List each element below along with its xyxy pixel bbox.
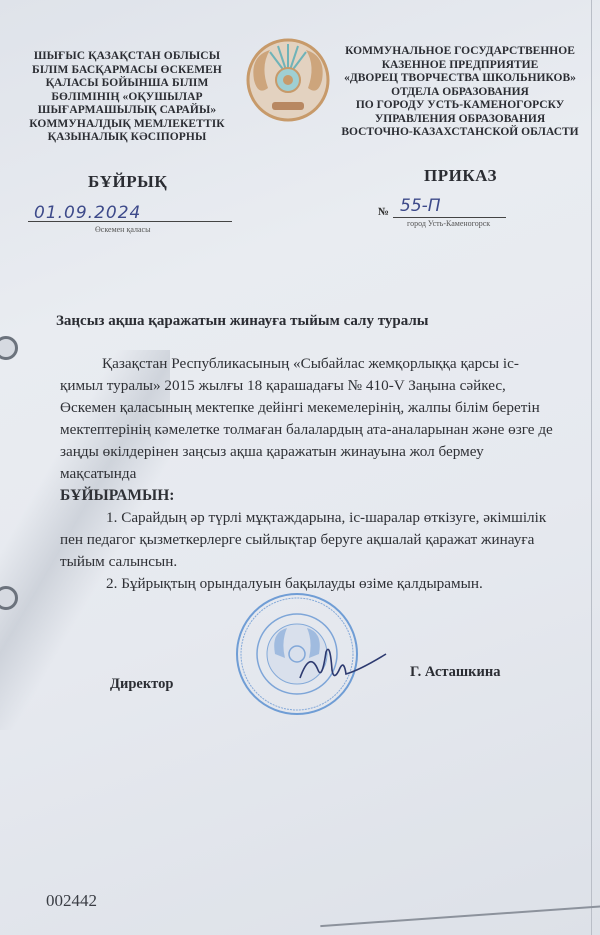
- handwritten-number: 55-П: [400, 196, 441, 216]
- title-ru: ПРИКАЗ: [424, 166, 497, 186]
- page-curl: [320, 905, 600, 927]
- header-line: БІЛІМ БАСҚАРМАСЫ ӨСКЕМЕН: [22, 64, 232, 78]
- header-line: ПО ГОРОДУ УСТЬ-КАМЕНОГОРСКУ: [340, 99, 580, 113]
- header-line: ШЫҒАРМАШЫЛЫҚ САРАЙЫ»: [22, 104, 232, 118]
- signatory-title: Директор: [110, 676, 173, 693]
- city-ru: город Усть-Каменогорск: [407, 219, 490, 228]
- header-line: ОТДЕЛА ОБРАЗОВАНИЯ: [340, 86, 580, 100]
- header-line: УПРАВЛЕНИЯ ОБРАЗОВАНИЯ: [340, 113, 580, 127]
- handwritten-date: 01.09.2024: [34, 203, 141, 223]
- signature-icon: [290, 640, 390, 685]
- header-left-kz: ШЫҒЫС ҚАЗАҚСТАН ОБЛЫСЫ БІЛІМ БАСҚАРМАСЫ …: [22, 50, 232, 145]
- header-line: КОММУНАЛДЫҚ МЕМЛЕКЕТТІК: [22, 118, 232, 132]
- order-word: БҰЙЫРАМЫН:: [60, 485, 560, 507]
- order-item: 1. Сарайдың әр түрлі мұқтаждарына, іс-ша…: [60, 507, 560, 573]
- header-right-ru: КОММУНАЛЬНОЕ ГОСУДАРСТВЕННОЕ КАЗЕННОЕ ПР…: [340, 45, 580, 140]
- number-sign: №: [378, 206, 389, 218]
- header-line: ШЫҒЫС ҚАЗАҚСТАН ОБЛЫСЫ: [22, 50, 232, 64]
- header-line: БӨЛІМІНІҢ «ОҚУШЫЛАР: [22, 91, 232, 105]
- page-edge: [591, 0, 592, 935]
- header-line: КАЗЕННОЕ ПРЕДПРИЯТИЕ: [340, 59, 580, 73]
- signatory-name: Г. Асташкина: [410, 664, 501, 681]
- header-line: ҚАЛАСЫ БОЙЫНША БІЛІМ: [22, 77, 232, 91]
- state-emblem-icon: [240, 36, 336, 124]
- date-underline: [28, 221, 232, 222]
- order-body: Қазақстан Республикасының «Сыбайлас жемқ…: [60, 353, 560, 595]
- preamble: Қазақстан Республикасының «Сыбайлас жемқ…: [60, 353, 560, 485]
- city-kz: Өскемен қаласы: [95, 225, 150, 234]
- document-page: ШЫҒЫС ҚАЗАҚСТАН ОБЛЫСЫ БІЛІМ БАСҚАРМАСЫ …: [0, 0, 600, 935]
- order-subject: Заңсыз ақша қаражатын жинауға тыйым салу…: [56, 313, 428, 330]
- header-line: КОММУНАЛЬНОЕ ГОСУДАРСТВЕННОЕ: [340, 45, 580, 59]
- serial-number: 002442: [46, 891, 97, 911]
- title-kz: БҰЙРЫҚ: [88, 172, 167, 192]
- number-underline: [393, 217, 506, 218]
- header-line: ВОСТОЧНО-КАЗАХСТАНСКОЙ ОБЛАСТИ: [340, 126, 580, 140]
- header-line: ҚАЗЫНАЛЫҚ КӘСІПОРНЫ: [22, 131, 232, 145]
- header-line: «ДВОРЕЦ ТВОРЧЕСТВА ШКОЛЬНИКОВ»: [340, 72, 580, 86]
